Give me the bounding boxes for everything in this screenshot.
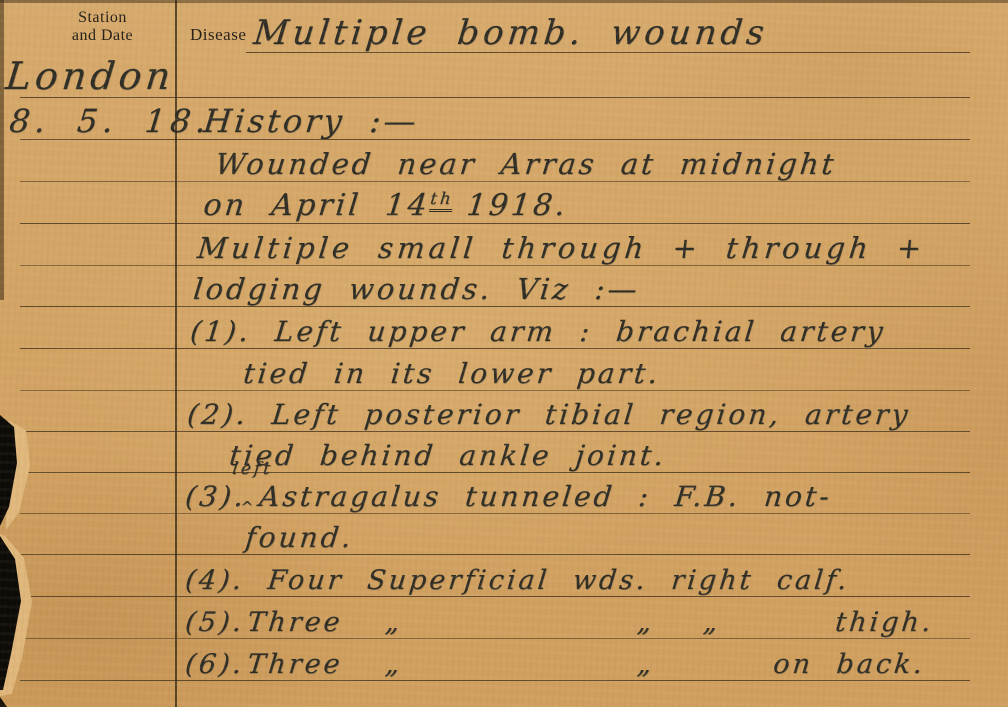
rule-line	[20, 472, 970, 473]
item-number: (6).	[184, 651, 246, 678]
history-line: lodging wounds. Viz :—	[192, 275, 641, 304]
ditto-mark: „	[702, 609, 722, 636]
history-line: found.	[244, 524, 355, 552]
ordinal-superscript: th	[429, 189, 455, 212]
rule-line	[20, 680, 970, 681]
history-line: tied behind ankle joint.	[228, 442, 668, 470]
ditto-mark: „	[636, 609, 656, 636]
rule-line	[20, 554, 970, 555]
item-number: (5).	[184, 609, 246, 636]
left-edge-shadow	[0, 0, 4, 300]
history-line-part1: on April 14	[202, 188, 432, 223]
disease-label: Disease	[190, 25, 246, 45]
location-word: on back.	[772, 651, 927, 678]
history-line: Multiple small through + through +	[196, 234, 927, 263]
history-line: (2). Left posterior tibial region, arter…	[186, 401, 912, 429]
rule-line	[20, 306, 970, 307]
rule-line	[20, 431, 970, 432]
rule-line	[20, 390, 970, 391]
location-word: thigh.	[834, 609, 935, 636]
item-number: (3).	[184, 483, 248, 511]
history-line: (1). Left upper arm : brachial artery	[189, 318, 887, 346]
rule-line	[20, 181, 970, 182]
medical-case-card: Station and Date Disease Multiple bomb. …	[0, 0, 1008, 707]
rule-line	[20, 265, 970, 266]
rule-line	[20, 638, 970, 639]
ditto-mark: „	[384, 609, 404, 636]
history-line: Wounded near Arras at midnight	[214, 150, 838, 179]
history-line: (4). Four Superficial wds. right calf.	[184, 567, 851, 594]
history-line: (5). Three „ „ „ thigh.	[184, 606, 997, 636]
history-line: (6). Three „ „ on back.	[184, 648, 997, 678]
rule-line	[20, 223, 970, 224]
torn-corner	[0, 697, 7, 707]
ditto-mark: „	[636, 651, 656, 678]
rule-line	[20, 596, 970, 597]
count-word: Three	[246, 609, 344, 636]
ditto-mark: „	[384, 651, 404, 678]
disease-value: Multiple bomb. wounds	[252, 16, 770, 50]
inserted-word: left	[231, 461, 273, 478]
insertion-caret: ^	[240, 500, 257, 515]
history-line: (3). ^ left Astragalus tunneled : F.B. n…	[184, 481, 987, 511]
torn-edge-overlay	[0, 0, 60, 707]
history-line-text: Astragalus tunneled : F.B. not-	[258, 483, 833, 511]
history-line: on April 14th1918.	[202, 191, 569, 221]
rule-line	[20, 513, 970, 514]
history-heading: History :—	[202, 105, 420, 137]
history-line-part2: 1918.	[465, 188, 570, 223]
count-word: Three	[246, 651, 344, 678]
rule-line	[20, 348, 970, 349]
history-line: tied in its lower part.	[242, 360, 662, 388]
card-top-edge	[0, 0, 1008, 3]
